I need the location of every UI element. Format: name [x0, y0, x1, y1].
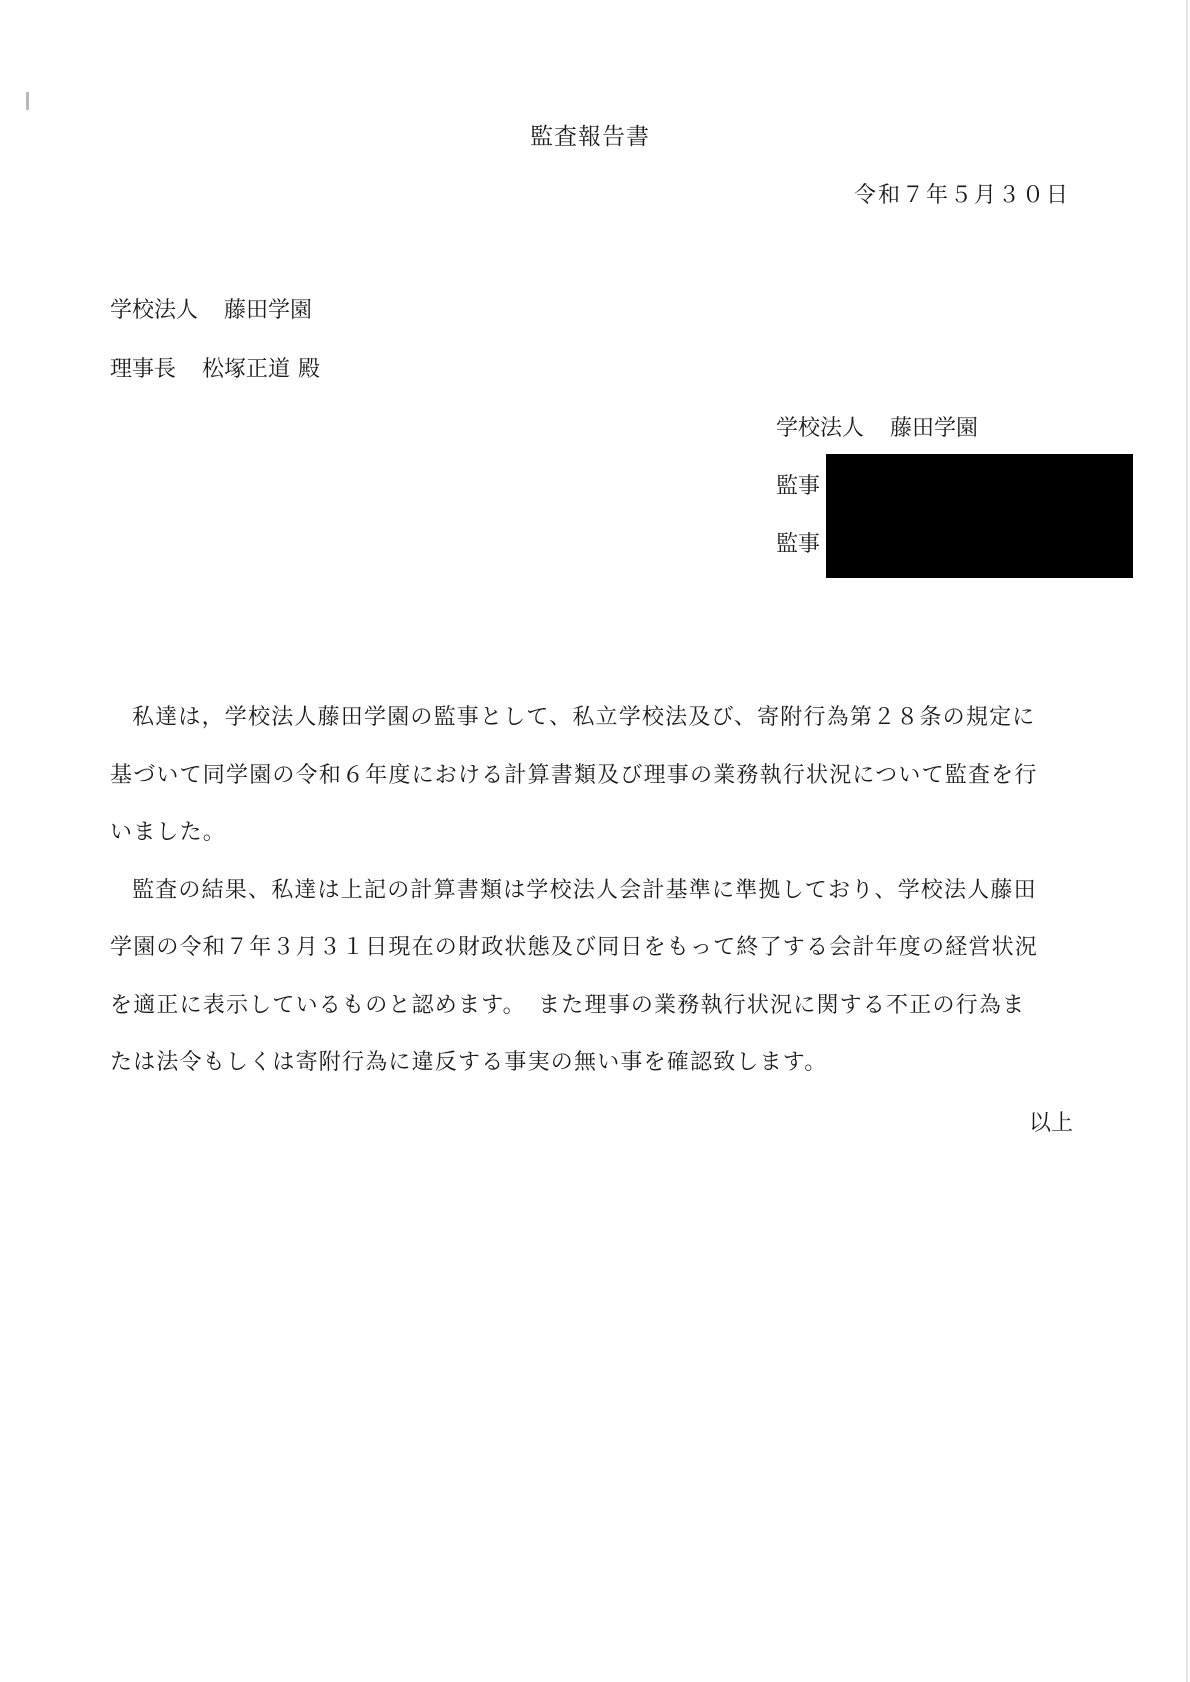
sender-organization: 学校法人	[776, 416, 864, 441]
sender-organization-name: 藤田学園	[890, 416, 978, 441]
addressee-name: 松塚正道	[202, 357, 290, 382]
scan-artifact-mark	[26, 92, 29, 110]
addressee-position: 理事長	[110, 357, 176, 382]
closing-mark: 以上	[1029, 1106, 1073, 1137]
paragraph-1-line-3: いました。	[110, 815, 1070, 873]
document-date: 令和７年５月３０日	[854, 178, 1070, 209]
addressee-organization-name: 藤田学園	[224, 298, 312, 323]
addressee-honorific: 殿	[298, 357, 320, 382]
redacted-auditor-names	[826, 454, 1133, 578]
document-page: 監査報告書 令和７年５月３０日 学校法人藤田学園 理事長松塚正道殿 学校法人藤田…	[0, 0, 1190, 1682]
addressee-organization-line: 学校法人藤田学園	[110, 293, 320, 352]
report-body: 私達は，学校法人藤田学園の監事として、私立学校法及び、寄附行為第２８条の規定に …	[110, 700, 1070, 1103]
paragraph-1-line-2: 基づいて同学園の令和６年度における計算書類及び理事の業務執行状況について監査を行	[110, 758, 1070, 816]
document-title: 監査報告書	[530, 118, 650, 151]
addressee-person-line: 理事長松塚正道殿	[110, 352, 320, 411]
paragraph-2-line-3: を適正に表示しているものと認めます。 また理事の業務執行状況に関する不正の行為ま	[110, 988, 1070, 1046]
auditor-title: 監事	[776, 532, 820, 557]
scan-edge-line	[1186, 0, 1188, 1682]
addressee-block: 学校法人藤田学園 理事長松塚正道殿	[110, 293, 320, 411]
auditor-title: 監事	[776, 474, 820, 499]
paragraph-1-line-1: 私達は，学校法人藤田学園の監事として、私立学校法及び、寄附行為第２８条の規定に	[110, 700, 1070, 758]
paragraph-2-line-2: 学園の令和７年３月３１日現在の財政状態及び同日をもって終了する会計年度の経営状況	[110, 930, 1070, 988]
paragraph-2-line-4: たは法令もしくは寄附行為に違反する事実の無い事を確認致します。	[110, 1045, 1070, 1103]
paragraph-2-line-1: 監査の結果、私達は上記の計算書類は学校法人会計基準に準拠しており、学校法人藤田	[110, 873, 1070, 931]
addressee-organization: 学校法人	[110, 298, 198, 323]
